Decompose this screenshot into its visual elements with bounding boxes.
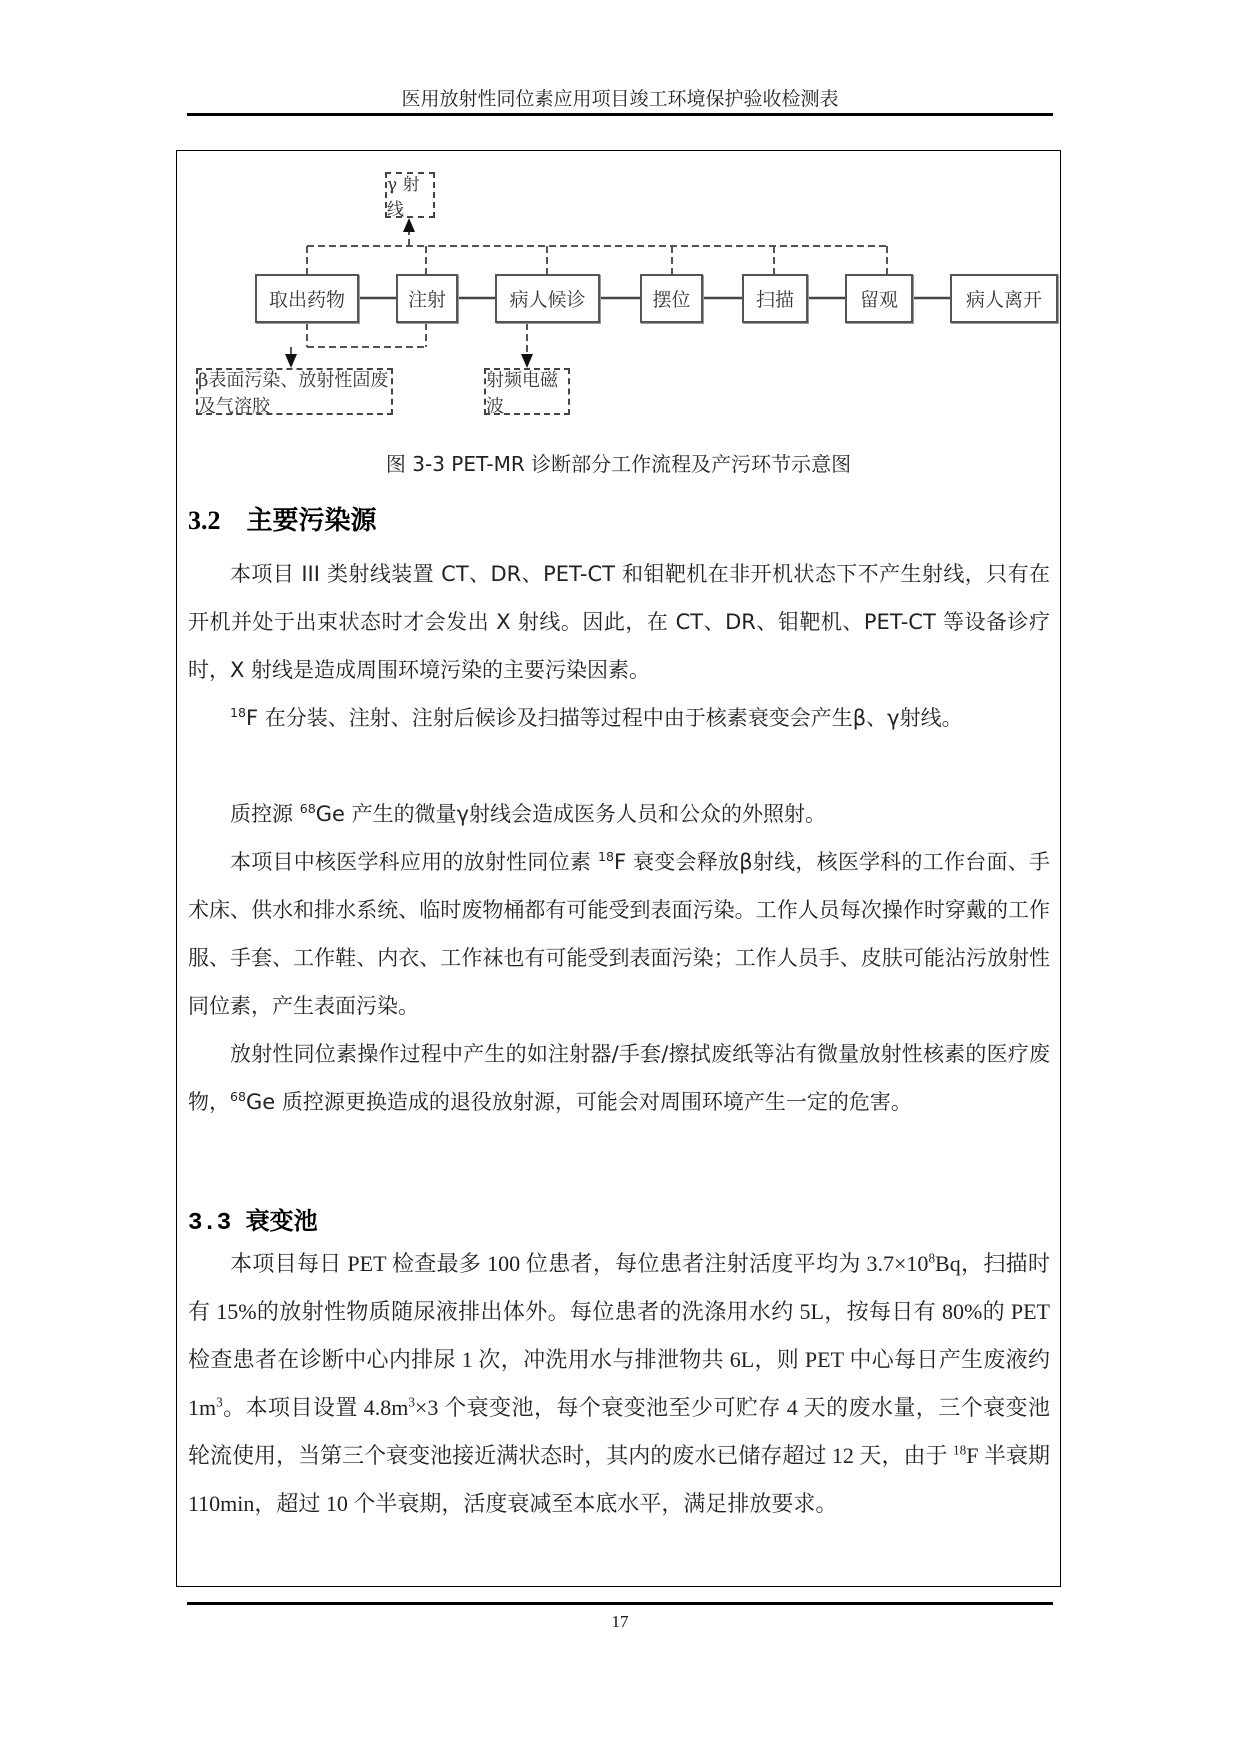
step-patient-leave: 病人离开	[950, 274, 1058, 323]
paragraph-text: F 衰变会释放β射线，核医学科的工作台面、手术床、供水和排水系统、临时废物桶都有…	[188, 850, 1050, 1018]
isotope-mass-number: 68	[230, 1089, 246, 1104]
section-heading-3-2: 3.2主要污染源	[188, 500, 377, 537]
section-heading-3-3: 3.3 衰变池	[188, 1201, 318, 1237]
paragraph-pre: 本项目中核医学科应用的放射性同位素	[230, 850, 598, 874]
paragraph-2: 18F 在分装、注射、注射后候诊及扫描等过程中由于核素衰变会产生β、γ射线。	[188, 694, 1050, 742]
rf-electromagnetic-box: 射频电磁波	[484, 368, 570, 415]
step-patient-waiting: 病人候诊	[495, 274, 600, 323]
isotope-mass-number: 18	[953, 1443, 966, 1458]
exponent: 3	[408, 1395, 415, 1410]
isotope-mass-number: 68	[300, 801, 316, 816]
text-segment: 。本项目设置 4.8m	[223, 1395, 409, 1420]
isotope-mass-number: 18	[230, 705, 246, 720]
paragraph-text: F 在分装、注射、注射后候诊及扫描等过程中由于核素衰变会产生β、γ射线。	[246, 706, 963, 730]
paragraph-3: 质控源 68Ge 产生的微量γ射线会造成医务人员和公众的外照射。	[188, 790, 1050, 838]
page-number: 17	[0, 1612, 1240, 1632]
section-title: 主要污染源	[247, 506, 377, 535]
isotope-mass-number: 18	[598, 849, 614, 864]
step-take-drug: 取出药物	[255, 274, 359, 323]
paragraph-4: 本项目中核医学科应用的放射性同位素 18F 衰变会释放β射线，核医学科的工作台面…	[188, 838, 1050, 1030]
text-segment: 本项目每日 PET 检查最多 100 位患者，每位患者注射活度平均为 3.7×1…	[230, 1251, 928, 1276]
step-observation: 留观	[845, 274, 913, 323]
paragraph-5: 放射性同位素操作过程中产生的如注射器/手套/擦拭废纸等沾有微量放射性核素的医疗废…	[188, 1030, 1050, 1126]
footer-rule	[187, 1602, 1053, 1605]
diagram-connectors	[0, 0, 1240, 440]
paragraph-pre: 质控源	[230, 802, 300, 826]
step-positioning: 摆位	[640, 274, 703, 323]
paragraph-1: 本项目 III 类射线装置 CT、DR、PET-CT 和钼靶机在非开机状态下不产…	[188, 550, 1050, 694]
gamma-ray-box: γ 射线	[385, 172, 435, 218]
decay-pool-paragraph: 本项目每日 PET 检查最多 100 位患者，每位患者注射活度平均为 3.7×1…	[188, 1240, 1050, 1528]
figure-caption: 图 3-3 PET-MR 诊断部分工作流程及产污环节示意图	[176, 448, 1061, 477]
exponent: 3	[216, 1395, 223, 1410]
step-injection: 注射	[396, 274, 458, 323]
beta-contamination-box: β表面污染、放射性固废及气溶胶	[196, 368, 393, 415]
paragraph-text: 本项目 III 类射线装置 CT、DR、PET-CT 和钼靶机在非开机状态下不产…	[188, 562, 1050, 682]
step-scan: 扫描	[742, 274, 808, 323]
paragraph-text: Ge 质控源更换造成的退役放射源，可能会对周围环境产生一定的危害。	[246, 1090, 912, 1114]
flow-diagram: γ 射线 取出药物 注射 病人候诊 摆位 扫描 留观 病人离开 β表面污染、放射…	[0, 0, 1240, 440]
section-number: 3.2	[188, 506, 221, 535]
paragraph-text: Ge 产生的微量γ射线会造成医务人员和公众的外照射。	[316, 802, 826, 826]
